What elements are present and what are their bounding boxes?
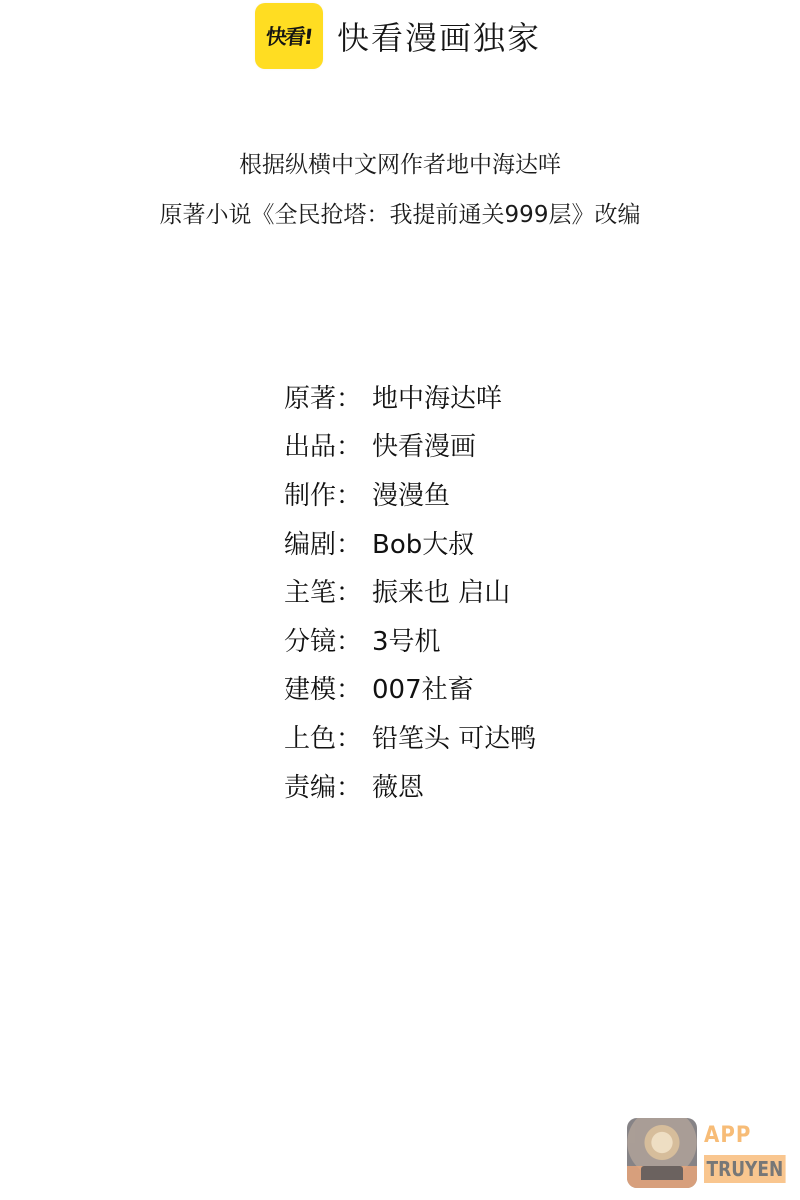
credit-role: 分镜： xyxy=(284,621,372,658)
source-line-2: 原著小说《全民抢塔：我提前通关999层》改编 xyxy=(0,196,800,229)
watermark-truyen-label: TRUYEN xyxy=(704,1155,786,1183)
reading-girl-avatar-icon xyxy=(627,1118,697,1188)
source-line-1: 根据纵横中文网作者地中海达咩 xyxy=(0,146,800,179)
credit-row: 编剧： Bob大叔 xyxy=(284,518,536,567)
credit-name: 快看漫画 xyxy=(372,426,476,463)
credit-row: 上色： 铅笔头 可达鸭 xyxy=(284,712,536,761)
kuaikan-logo-icon: 快看! xyxy=(255,3,323,69)
credit-row: 分镜： 3号机 xyxy=(284,615,536,664)
credit-row: 原著： 地中海达咩 xyxy=(284,372,536,421)
watermark-text: APP TRUYEN xyxy=(704,1123,800,1183)
header-title: 快看漫画独家 xyxy=(337,13,541,59)
credit-role: 原著： xyxy=(284,378,372,415)
credit-name: 振来也 启山 xyxy=(372,572,510,609)
credit-row: 责编： 薇恩 xyxy=(284,761,536,810)
credit-name: 漫漫鱼 xyxy=(372,475,450,512)
credit-row: 建模： 007社畜 xyxy=(284,664,536,713)
credit-name: Bob大叔 xyxy=(372,524,474,561)
header: 快看! 快看漫画独家 xyxy=(255,2,541,70)
credit-name: 3号机 xyxy=(372,621,441,658)
credit-name: 地中海达咩 xyxy=(372,378,502,415)
credit-role: 制作： xyxy=(284,475,372,512)
app-truyen-watermark: APP TRUYEN xyxy=(627,1118,800,1188)
credit-row: 主笔： 振来也 启山 xyxy=(284,566,536,615)
credit-role: 建模： xyxy=(284,669,372,706)
logo-text: 快看! xyxy=(265,21,314,51)
watermark-app-label: APP xyxy=(704,1123,751,1149)
book-icon xyxy=(641,1166,683,1180)
credit-role: 出品： xyxy=(284,426,372,463)
credit-name: 007社畜 xyxy=(372,669,474,706)
credit-name: 铅笔头 可达鸭 xyxy=(372,718,536,755)
credit-row: 出品： 快看漫画 xyxy=(284,421,536,470)
credit-role: 主笔： xyxy=(284,572,372,609)
credit-name: 薇恩 xyxy=(372,767,424,804)
credit-role: 责编： xyxy=(284,767,372,804)
credit-row: 制作： 漫漫鱼 xyxy=(284,469,536,518)
credit-role: 上色： xyxy=(284,718,372,755)
credit-role: 编剧： xyxy=(284,524,372,561)
credits-list: 原著： 地中海达咩 出品： 快看漫画 制作： 漫漫鱼 编剧： Bob大叔 主笔：… xyxy=(284,372,536,809)
